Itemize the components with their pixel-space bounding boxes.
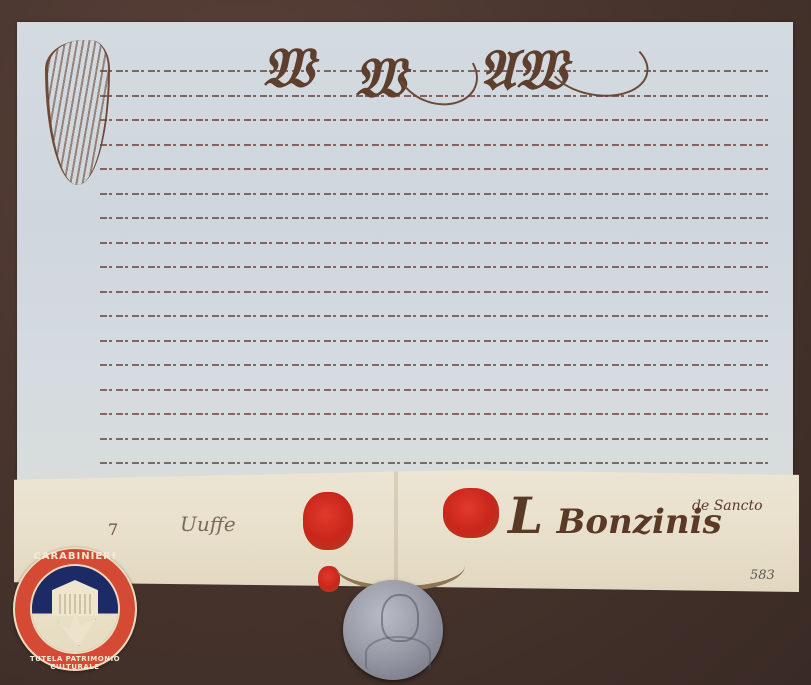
text-line (100, 193, 770, 195)
text-line (100, 266, 770, 268)
text-line (100, 95, 770, 97)
text-line (100, 315, 770, 317)
badge-bottom-text: TUTELA PATRIMONIO CULTURALE (13, 655, 137, 671)
text-line (100, 70, 770, 72)
text-line (100, 242, 770, 244)
text-line (100, 340, 770, 342)
folio-number: 583 (750, 568, 775, 583)
fold-scrawl: Uuffe (180, 512, 236, 536)
text-line (100, 389, 770, 391)
text-line (100, 413, 770, 415)
portrait-head-relief (381, 594, 419, 642)
badge-inner-field (32, 566, 118, 652)
text-line (100, 462, 770, 464)
handwritten-body-text (100, 70, 770, 487)
text-line (100, 217, 770, 219)
signature: L Bonzinis (508, 486, 722, 545)
lead-bulla-seal (343, 580, 443, 680)
carabinieri-badge-logo: CARABINIERI TUTELA PATRIMONIO CULTURALE (13, 547, 137, 671)
text-line (100, 291, 770, 293)
portrait-shoulders-relief (365, 636, 431, 670)
text-line (100, 144, 770, 146)
fold-mark: 7 (108, 520, 118, 539)
text-line (100, 168, 770, 170)
red-silk-tuft-right (443, 488, 499, 538)
badge-top-text: CARABINIERI (13, 551, 137, 562)
dragon-icon (58, 612, 96, 646)
text-line (100, 119, 770, 121)
signature-prefix: L (508, 486, 541, 545)
signature-name: Bonzinis (557, 502, 722, 542)
temple-icon (52, 580, 98, 616)
text-line (100, 364, 770, 366)
text-line (100, 438, 770, 440)
